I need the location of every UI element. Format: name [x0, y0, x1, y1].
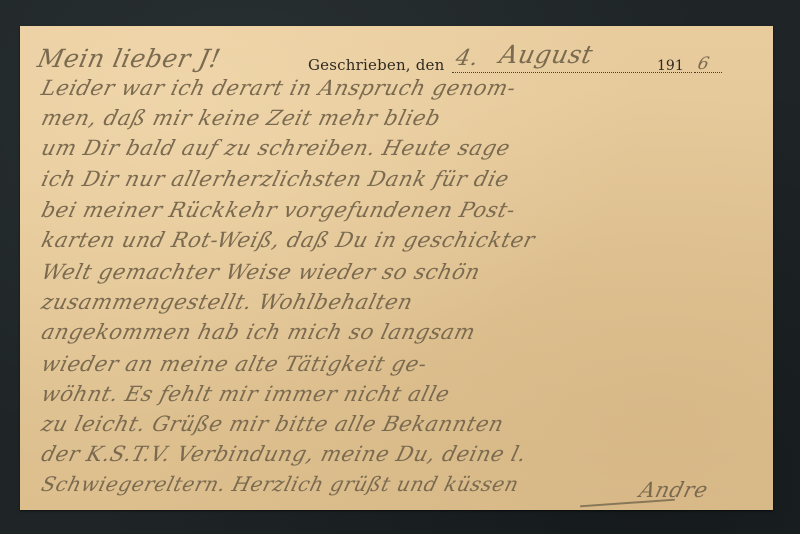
letter-line: zu leicht. Grüße mir bitte alle Bekannte…	[39, 412, 506, 436]
letter-line: karten und Rot-Weiß, daß Du in geschickt…	[39, 228, 538, 252]
date-dotted-line	[452, 72, 692, 73]
salutation: Mein lieber J!	[35, 44, 224, 73]
letter-line: ich Dir nur allerherzlichsten Dank für d…	[39, 167, 512, 191]
letter-line: der K.S.T.V. Verbindung, meine Du, deine…	[39, 442, 529, 466]
date-day: 4.	[453, 46, 481, 71]
letter-line: um Dir bald auf zu schreiben. Heute sage	[39, 136, 513, 160]
letter-line: wieder an meine alte Tätigkeit ge-	[39, 352, 430, 376]
letter-line: Welt gemachter Weise wieder so schön	[39, 260, 483, 284]
printed-written-label: Geschrieben, den	[308, 56, 444, 74]
date-year-suffix: 6	[696, 54, 712, 74]
letter-line: Leider war ich derart in Anspruch genom-	[39, 76, 519, 100]
letter-line: bei meiner Rückkehr vorgefundenen Post-	[39, 198, 518, 222]
letter-line: wöhnt. Es fehlt mir immer nicht alle	[39, 382, 452, 406]
date-month: August	[497, 40, 596, 69]
printed-year-prefix: 191	[657, 58, 684, 74]
letter-line: men, daß mir keine Zeit mehr blieb	[39, 106, 443, 130]
letter-line: Schwiegereltern. Herzlich grüßt und küss…	[39, 472, 522, 496]
letter-line: angekommen hab ich mich so langsam	[39, 320, 478, 344]
letter-line: zusammengestellt. Wohlbehalten	[39, 290, 415, 314]
signature-flourish	[580, 499, 675, 508]
postcard: Geschrieben, den 191 Mein lieber J! 4. A…	[20, 26, 773, 510]
